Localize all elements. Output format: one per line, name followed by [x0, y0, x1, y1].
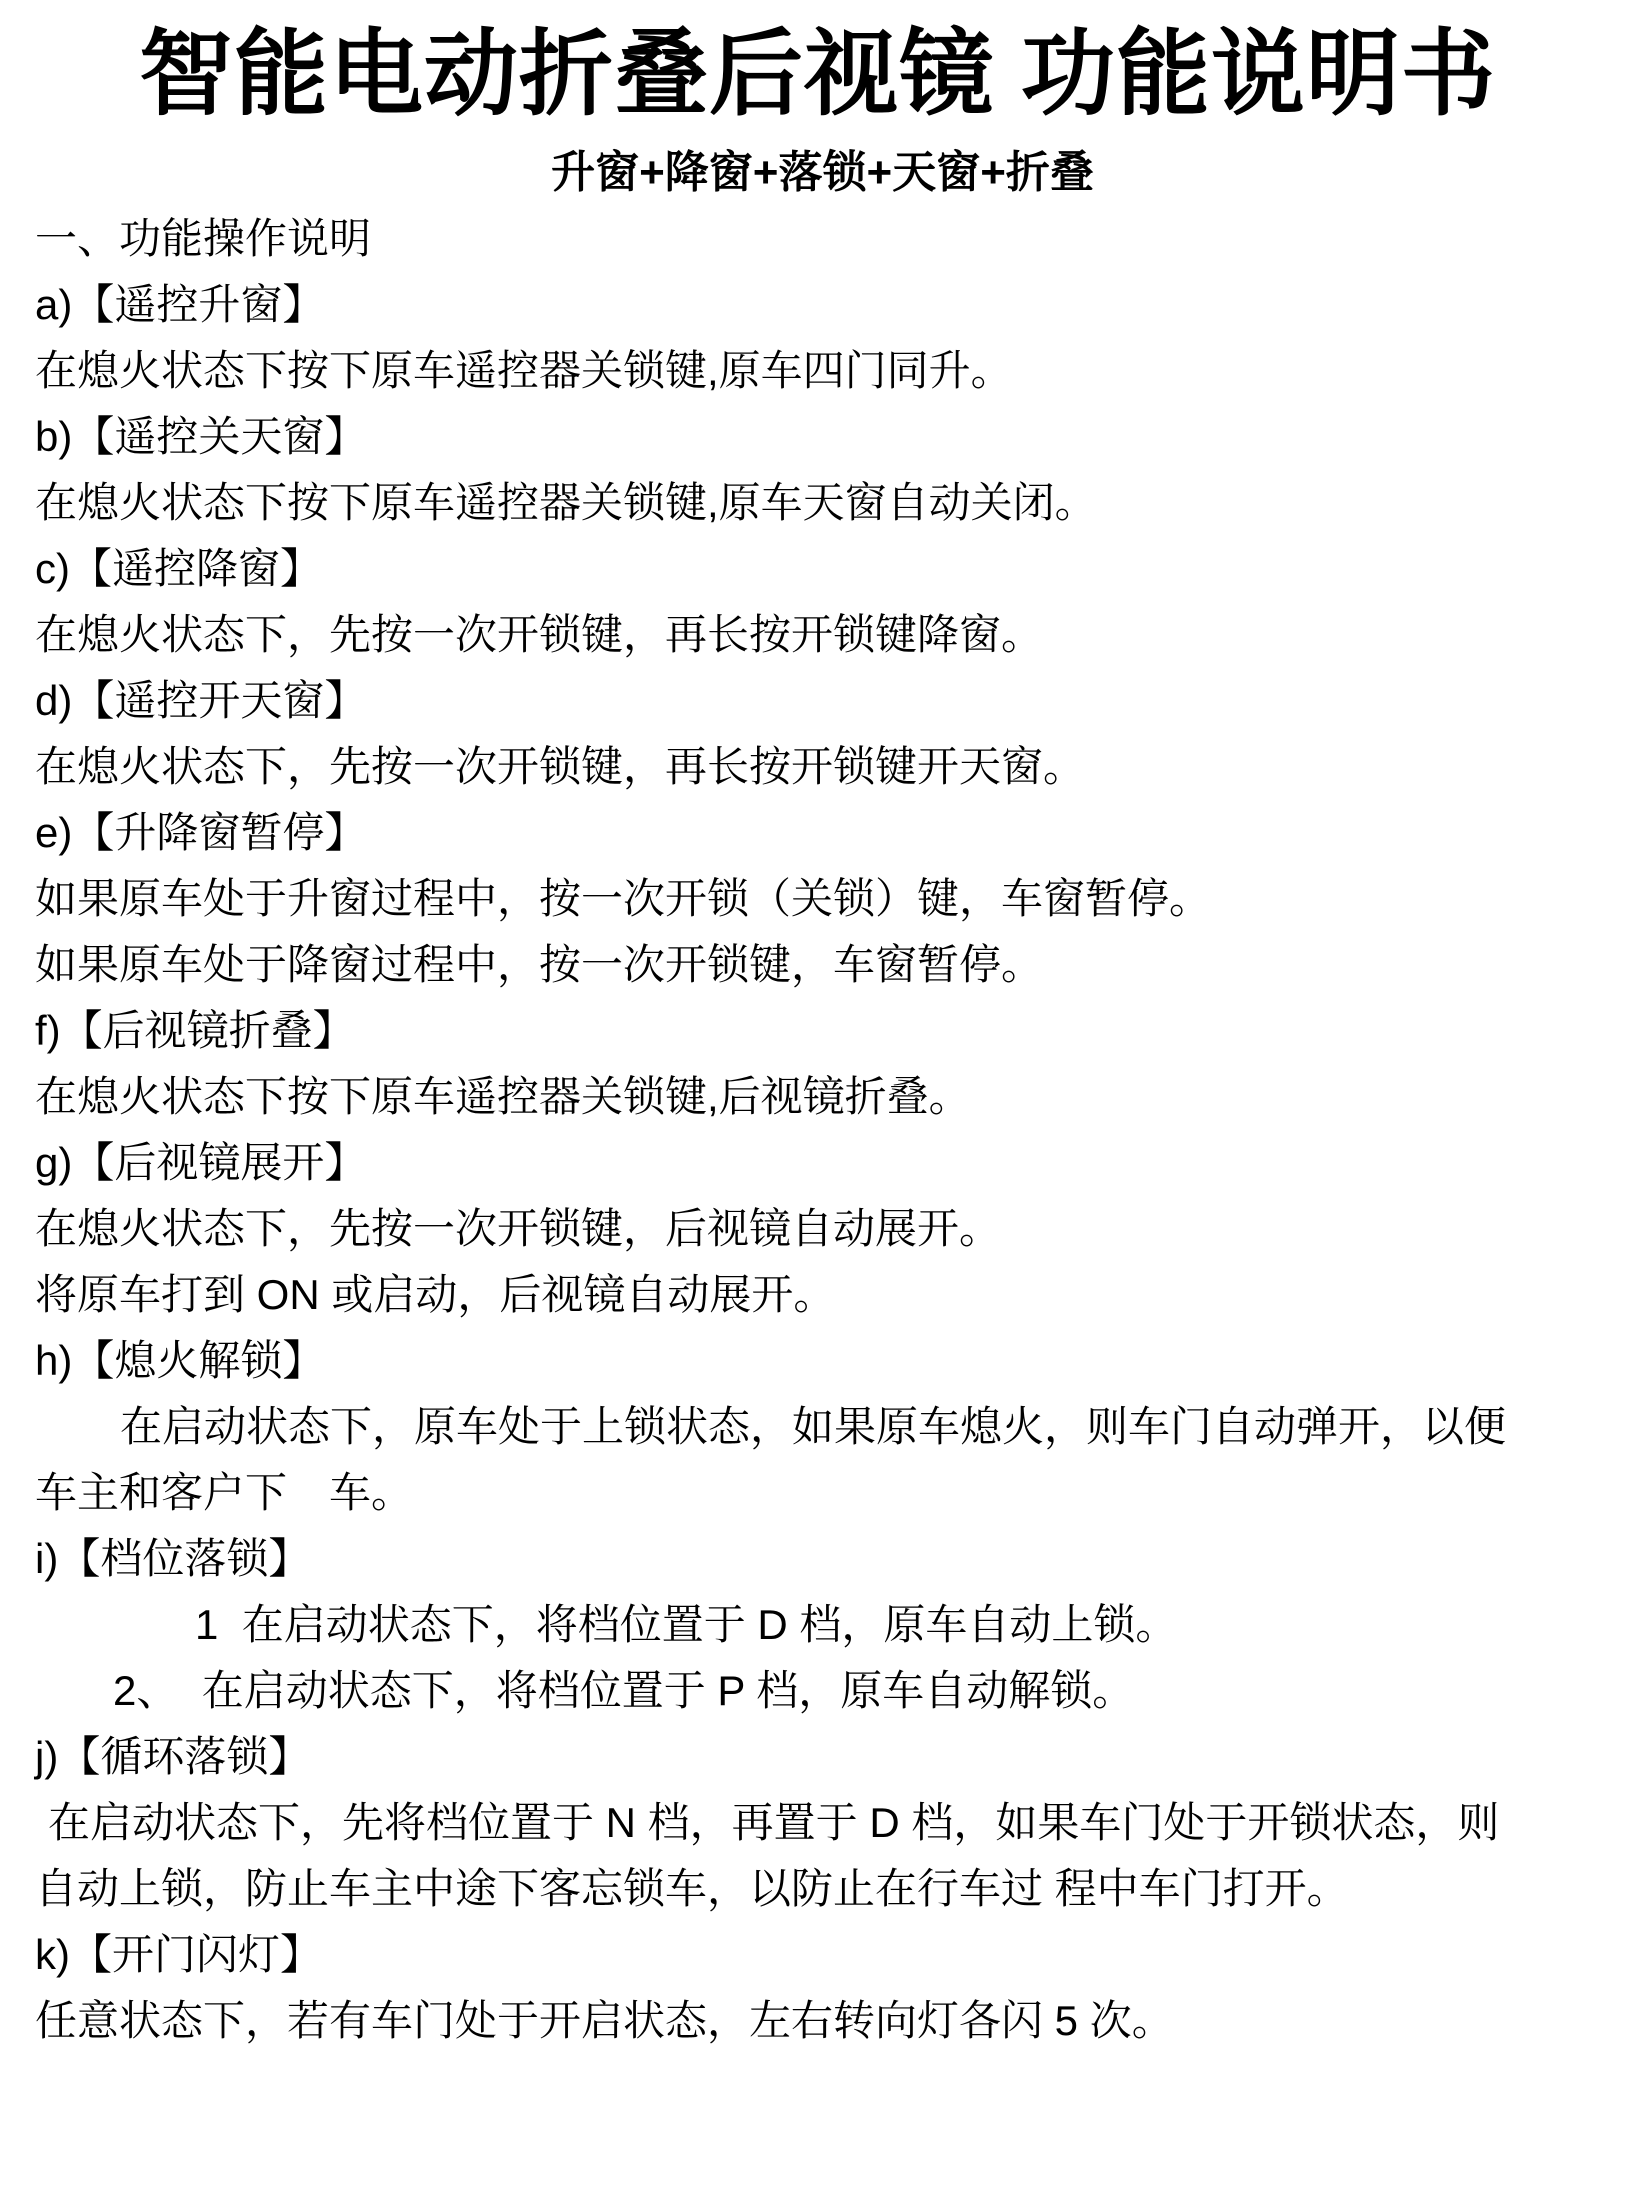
doc-line-23: 2、 在启动状态下，将档位置于 P 档，原车自动解锁。 — [35, 1658, 1610, 1724]
document-title: 智能电动折叠后视镜 功能说明书 — [25, 12, 1610, 136]
doc-line-4: b)【遥控关天窗】 — [35, 404, 1610, 470]
doc-line-10: e)【升降窗暂停】 — [35, 800, 1610, 866]
document-body: 一、功能操作说明a)【遥控升窗】在熄火状态下按下原车遥控器关锁键,原车四门同升。… — [35, 206, 1610, 2054]
document-page: 智能电动折叠后视镜 功能说明书 升窗+降窗+落锁+天窗+折叠 一、功能操作说明a… — [0, 0, 1630, 2190]
doc-line-25: 在启动状态下，先将档位置于 N 档，再置于 D 档，如果车门处于开锁状态，则 — [35, 1790, 1610, 1856]
doc-line-3: 在熄火状态下按下原车遥控器关锁键,原车四门同升。 — [35, 338, 1610, 404]
document-subtitle: 升窗+降窗+落锁+天窗+折叠 — [35, 144, 1610, 202]
doc-line-26: 自动上锁，防止车主中途下客忘锁车，以防止在行车过 程中车门打开。 — [35, 1856, 1610, 1922]
doc-line-5: 在熄火状态下按下原车遥控器关锁键,原车天窗自动关闭。 — [35, 470, 1610, 536]
doc-line-7: 在熄火状态下，先按一次开锁键，再长按开锁键降窗。 — [35, 602, 1610, 668]
doc-line-15: g)【后视镜展开】 — [35, 1130, 1610, 1196]
doc-line-27: k)【开门闪灯】 — [35, 1922, 1610, 1988]
doc-line-12: 如果原车处于降窗过程中，按一次开锁键，车窗暂停。 — [35, 932, 1610, 998]
doc-line-16: 在熄火状态下，先按一次开锁键，后视镜自动展开。 — [35, 1196, 1610, 1262]
doc-line-20: 车主和客户下 车。 — [35, 1460, 1610, 1526]
doc-line-2: a)【遥控升窗】 — [35, 272, 1610, 338]
doc-line-11: 如果原车处于升窗过程中，按一次开锁（关锁）键，车窗暂停。 — [35, 866, 1610, 932]
doc-line-1: 一、功能操作说明 — [35, 206, 1610, 272]
doc-line-18: h)【熄火解锁】 — [35, 1328, 1610, 1394]
doc-line-6: c)【遥控降窗】 — [35, 536, 1610, 602]
doc-line-8: d)【遥控开天窗】 — [35, 668, 1610, 734]
doc-line-14: 在熄火状态下按下原车遥控器关锁键,后视镜折叠。 — [35, 1064, 1610, 1130]
doc-line-21: i)【档位落锁】 — [35, 1526, 1610, 1592]
doc-line-28: 任意状态下，若有车门处于开启状态，左右转向灯各闪 5 次。 — [35, 1988, 1610, 2054]
doc-line-13: f)【后视镜折叠】 — [35, 998, 1610, 1064]
doc-line-22: 1 在启动状态下，将档位置于 D 档，原车自动上锁。 — [35, 1592, 1610, 1658]
doc-line-9: 在熄火状态下，先按一次开锁键，再长按开锁键开天窗。 — [35, 734, 1610, 800]
doc-line-17: 将原车打到 ON 或启动，后视镜自动展开。 — [35, 1262, 1610, 1328]
doc-line-19: 在启动状态下，原车处于上锁状态，如果原车熄火，则车门自动弹开，以便 — [35, 1394, 1610, 1460]
doc-line-24: j)【循环落锁】 — [35, 1724, 1610, 1790]
